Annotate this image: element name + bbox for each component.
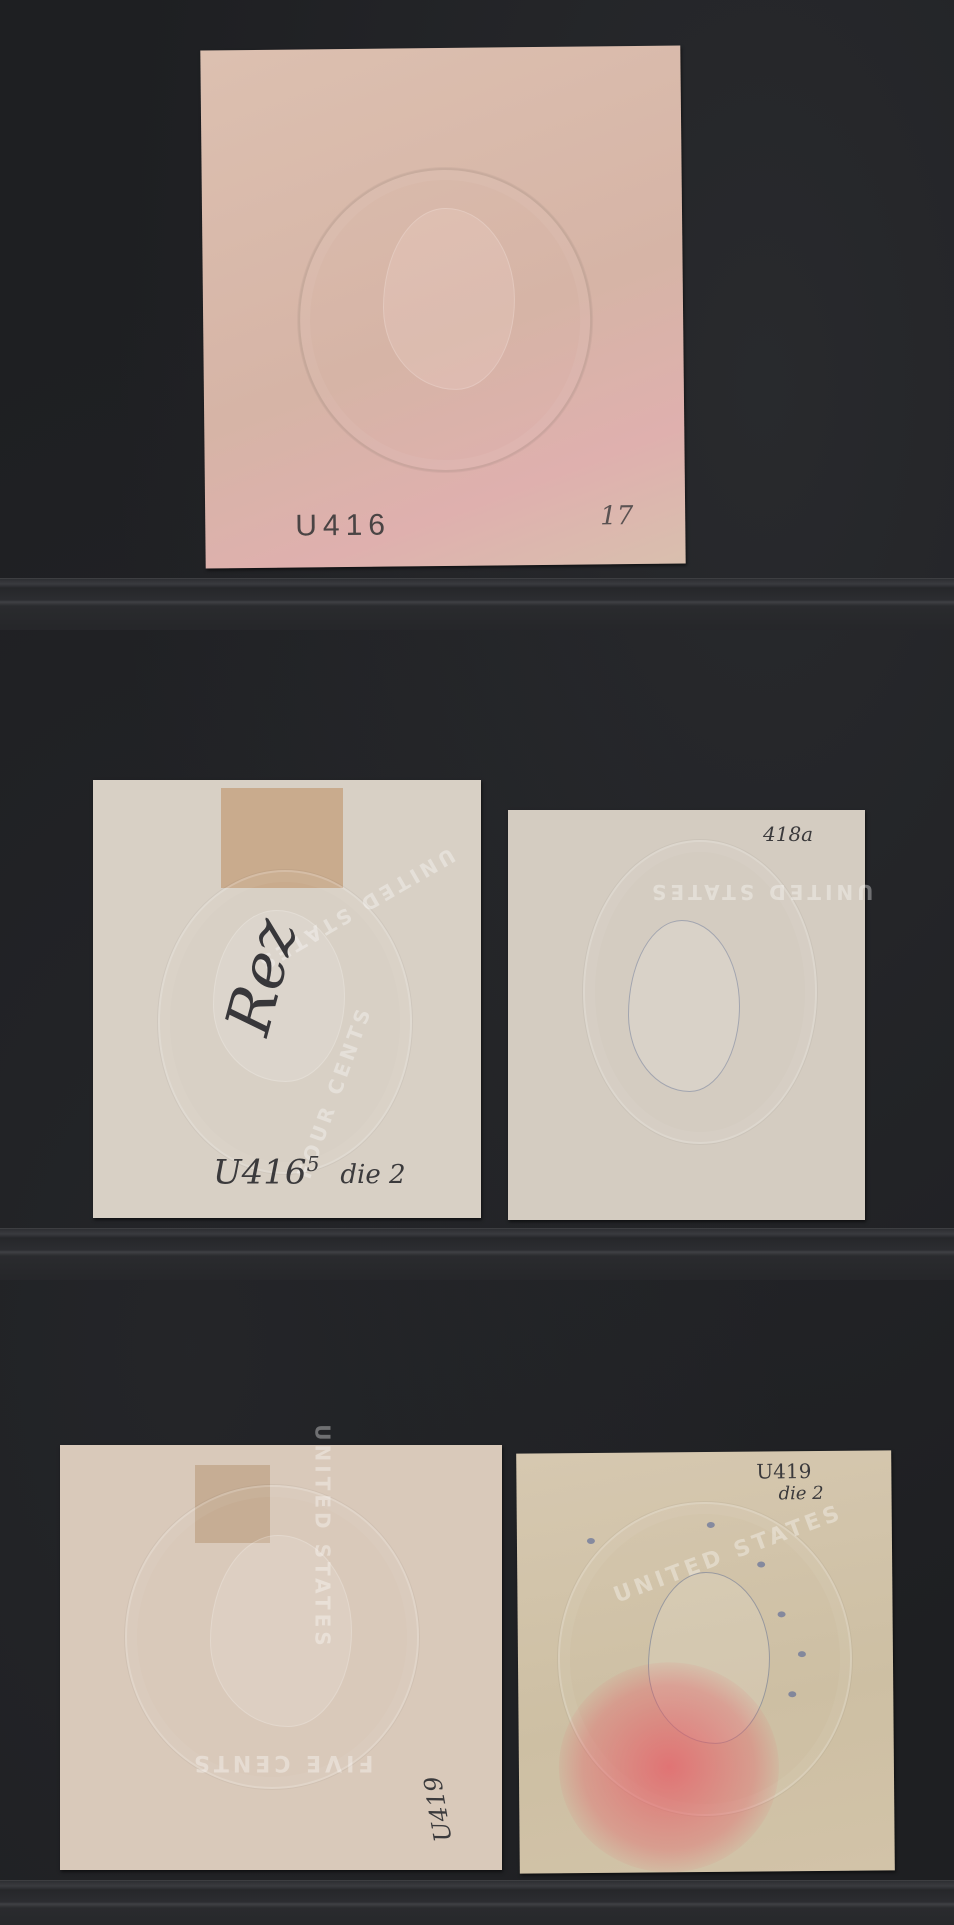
stock-strip-1 xyxy=(0,578,954,630)
blue-cancel-dot xyxy=(757,1561,765,1567)
catalog-annotation: U416 xyxy=(295,509,391,544)
catalog-annotation: U4165 die 2 xyxy=(213,1152,406,1192)
stock-book-page: U416 17 UNITED STATES FOUR CENTS Rez U41… xyxy=(0,0,954,1925)
stamp-bottom-right-u419-die2: UNITED STATES U419 die 2 xyxy=(516,1450,895,1873)
catalog-annotation-inverted: U419 xyxy=(419,1774,458,1844)
stock-strip-3 xyxy=(0,1880,954,1925)
blue-cancel-dot xyxy=(798,1651,806,1657)
stamp-top-u416: U416 17 xyxy=(200,46,685,569)
blue-cancel-dot xyxy=(707,1522,715,1528)
blue-cancel-dot xyxy=(788,1691,796,1697)
catalog-annotation: 418a xyxy=(763,822,813,846)
blue-cancel-dot xyxy=(587,1538,595,1544)
embossed-text-top: UNITED STATES xyxy=(311,1424,335,1649)
note-right: 17 xyxy=(600,501,633,531)
stock-strip-2 xyxy=(0,1228,954,1280)
die-annotation: die 2 xyxy=(340,1160,405,1190)
catalog-annotation: U419 xyxy=(756,1459,811,1483)
catalog-superscript: 5 xyxy=(307,1152,320,1176)
embossed-text-bottom: FIVE CENTS xyxy=(190,1750,373,1775)
red-cancel xyxy=(558,1661,780,1873)
stamp-middle-left-u416-die2: UNITED STATES FOUR CENTS Rez U4165 die 2 xyxy=(93,780,481,1218)
die-annotation: die 2 xyxy=(778,1483,823,1504)
catalog-number: U416 xyxy=(213,1152,307,1192)
stamp-middle-right-418a: UNITED STATES 418a xyxy=(508,810,865,1220)
embossed-text-top: UNITED STATES xyxy=(648,880,873,904)
blue-cancel-dot xyxy=(778,1611,786,1617)
embossed-portrait xyxy=(628,920,740,1092)
stamp-bottom-left-u419: UNITED STATES FIVE CENTS U419 xyxy=(60,1445,502,1870)
